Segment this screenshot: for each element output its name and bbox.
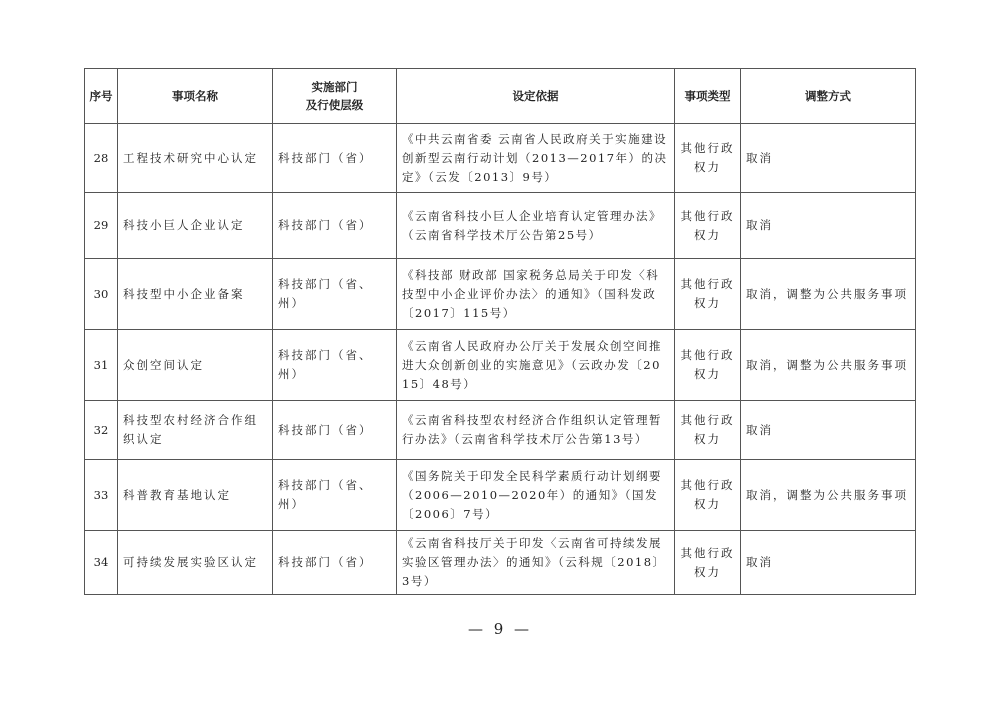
cell-type: 其他行政权力 [675, 460, 741, 531]
cell-no: 31 [85, 330, 118, 401]
cell-dept: 科技部门（省） [273, 193, 397, 259]
table-row: 28 工程技术研究中心认定 科技部门（省） 《中共云南省委 云南省人民政府关于实… [85, 124, 916, 193]
table-row: 31 众创空间认定 科技部门（省、州） 《云南省人民政府办公厅关于发展众创空间推… [85, 330, 916, 401]
header-basis: 设定依据 [397, 69, 675, 124]
cell-name: 众创空间认定 [118, 330, 273, 401]
header-name: 事项名称 [118, 69, 273, 124]
cell-no: 33 [85, 460, 118, 531]
header-dept: 实施部门 及行使层级 [273, 69, 397, 124]
cell-name: 工程技术研究中心认定 [118, 124, 273, 193]
cell-type: 其他行政权力 [675, 531, 741, 595]
cell-no: 30 [85, 259, 118, 330]
table-row: 33 科普教育基地认定 科技部门（省、州） 《国务院关于印发全民科学素质行动计划… [85, 460, 916, 531]
header-no: 序号 [85, 69, 118, 124]
header-dept-line2: 及行使层级 [278, 96, 391, 114]
cell-adjust: 取消 [741, 401, 916, 460]
cell-type: 其他行政权力 [675, 193, 741, 259]
table-row: 29 科技小巨人企业认定 科技部门（省） 《云南省科技小巨人企业培育认定管理办法… [85, 193, 916, 259]
cell-name: 可持续发展实验区认定 [118, 531, 273, 595]
cell-type: 其他行政权力 [675, 124, 741, 193]
cell-name: 科普教育基地认定 [118, 460, 273, 531]
cell-adjust: 取消 [741, 193, 916, 259]
cell-adjust: 取消，调整为公共服务事项 [741, 330, 916, 401]
cell-adjust: 取消，调整为公共服务事项 [741, 460, 916, 531]
cell-type: 其他行政权力 [675, 401, 741, 460]
cell-basis: 《科技部 财政部 国家税务总局关于印发〈科技型中小企业评价办法〉的通知》（国科发… [397, 259, 675, 330]
table-header-row: 序号 事项名称 实施部门 及行使层级 设定依据 事项类型 调整方式 [85, 69, 916, 124]
cell-no: 29 [85, 193, 118, 259]
header-adjust: 调整方式 [741, 69, 916, 124]
cell-basis: 《中共云南省委 云南省人民政府关于实施建设创新型云南行动计划（2013—2017… [397, 124, 675, 193]
cell-basis: 《云南省科技厅关于印发〈云南省可持续发展实验区管理办法〉的通知》（云科规〔201… [397, 531, 675, 595]
cell-no: 32 [85, 401, 118, 460]
cell-dept: 科技部门（省、州） [273, 330, 397, 401]
header-type: 事项类型 [675, 69, 741, 124]
cell-type: 其他行政权力 [675, 330, 741, 401]
table-row: 34 可持续发展实验区认定 科技部门（省） 《云南省科技厅关于印发〈云南省可持续… [85, 531, 916, 595]
table-row: 30 科技型中小企业备案 科技部门（省、州） 《科技部 财政部 国家税务总局关于… [85, 259, 916, 330]
page-number: — 9 — [0, 620, 1000, 638]
cell-no: 28 [85, 124, 118, 193]
cell-basis: 《云南省科技型农村经济合作组织认定管理暂行办法》（云南省科学技术厅公告第13号） [397, 401, 675, 460]
cell-dept: 科技部门（省、州） [273, 460, 397, 531]
cell-dept: 科技部门（省） [273, 531, 397, 595]
cell-basis: 《国务院关于印发全民科学素质行动计划纲要（2006—2010—2020年）的通知… [397, 460, 675, 531]
cell-no: 34 [85, 531, 118, 595]
header-dept-line1: 实施部门 [278, 78, 391, 96]
cell-adjust: 取消 [741, 531, 916, 595]
items-table: 序号 事项名称 实施部门 及行使层级 设定依据 事项类型 调整方式 28 工程技… [84, 68, 916, 595]
cell-dept: 科技部门（省） [273, 124, 397, 193]
cell-adjust: 取消，调整为公共服务事项 [741, 259, 916, 330]
cell-name: 科技型农村经济合作组织认定 [118, 401, 273, 460]
cell-name: 科技型中小企业备案 [118, 259, 273, 330]
cell-basis: 《云南省人民政府办公厅关于发展众创空间推进大众创新创业的实施意见》（云政办发〔2… [397, 330, 675, 401]
table-row: 32 科技型农村经济合作组织认定 科技部门（省） 《云南省科技型农村经济合作组织… [85, 401, 916, 460]
cell-name: 科技小巨人企业认定 [118, 193, 273, 259]
cell-type: 其他行政权力 [675, 259, 741, 330]
cell-dept: 科技部门（省、州） [273, 259, 397, 330]
cell-dept: 科技部门（省） [273, 401, 397, 460]
cell-adjust: 取消 [741, 124, 916, 193]
cell-basis: 《云南省科技小巨人企业培育认定管理办法》（云南省科学技术厅公告第25号） [397, 193, 675, 259]
